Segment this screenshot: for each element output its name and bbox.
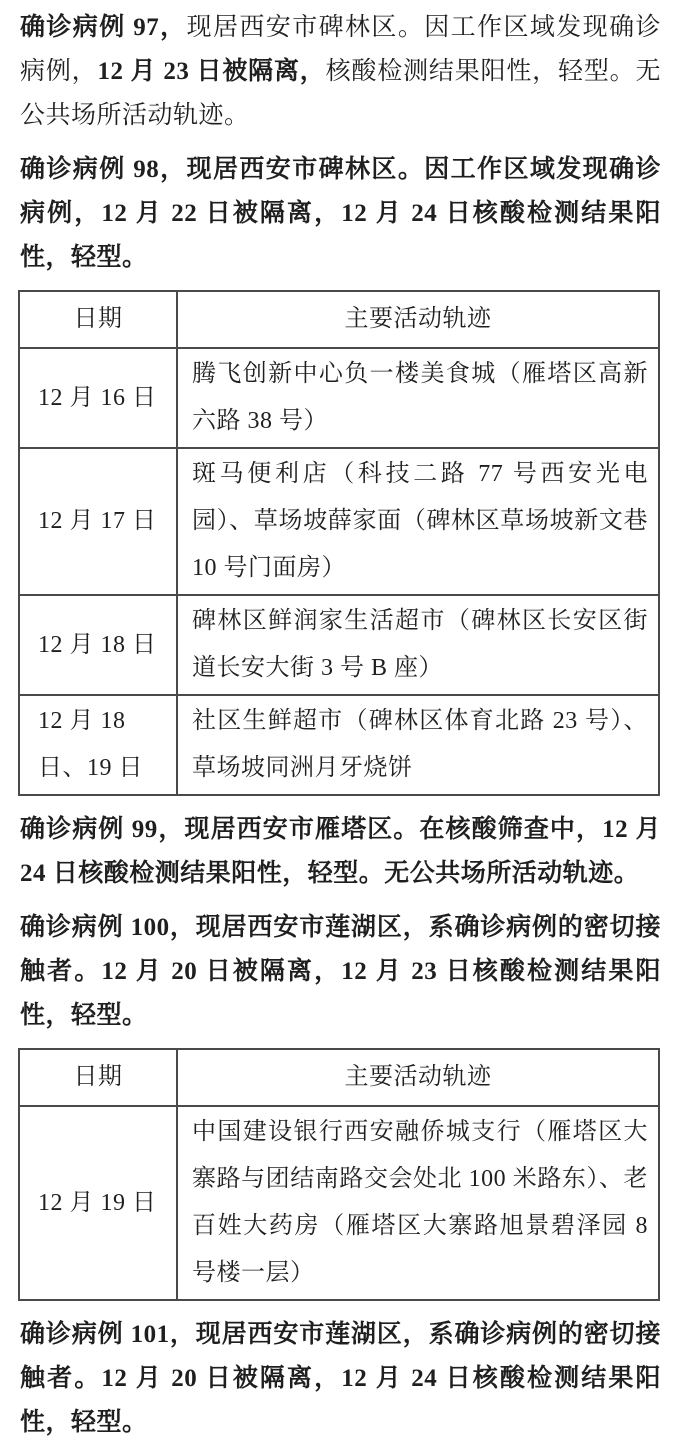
case-report-document: 确诊病例 97，现居西安市碑林区。因工作区域发现确诊病例，12 月 23 日被隔… — [0, 0, 677, 1441]
case-101-text: 确诊病例 101，现居西安市莲湖区，系确诊病例的密切接触者。12 月 20 日被… — [20, 1321, 661, 1436]
activity-header-cell: 主要活动轨迹 — [177, 1049, 659, 1106]
table-header-row: 日期 主要活动轨迹 — [19, 291, 659, 348]
activity-cell: 腾飞创新中心负一楼美食城（雁塔区高新六路 38 号） — [177, 348, 659, 448]
activity-cell: 中国建设银行西安融侨城支行（雁塔区大寨路与团结南路交会处北 100 米路东）、老… — [177, 1106, 659, 1300]
case-97-lead: 确诊病例 97， — [20, 14, 187, 41]
table-row: 12 月 19 日 中国建设银行西安融侨城支行（雁塔区大寨路与团结南路交会处北 … — [19, 1106, 659, 1300]
activity-cell: 社区生鲜超市（碑林区体育北路 23 号）、草场坡同洲月牙烧饼 — [177, 695, 659, 795]
date-cell: 12 月 18 日 — [19, 595, 177, 695]
case-100-text: 确诊病例 100，现居西安市莲湖区，系确诊病例的密切接触者。12 月 20 日被… — [20, 914, 661, 1029]
trajectory-table-case-100: 日期 主要活动轨迹 12 月 19 日 中国建设银行西安融侨城支行（雁塔区大寨路… — [18, 1048, 660, 1301]
table-row: 12 月 18 日 碑林区鲜润家生活超市（碑林区长安区街道长安大街 3 号 B … — [19, 595, 659, 695]
date-cell: 12 月 16 日 — [19, 348, 177, 448]
table-row: 12 月 17 日 斑马便利店（科技二路 77 号西安光电园）、草场坡薛家面（碑… — [19, 448, 659, 595]
case-paragraph-97: 确诊病例 97，现居西安市碑林区。因工作区域发现确诊病例，12 月 23 日被隔… — [20, 6, 661, 138]
case-99-text: 确诊病例 99，现居西安市雁塔区。在核酸筛查中，12 月 24 日核酸检测结果阳… — [20, 816, 661, 887]
date-header-cell: 日期 — [19, 291, 177, 348]
date-cell: 12 月 17 日 — [19, 448, 177, 595]
case-98-text: 确诊病例 98，现居西安市碑林区。因工作区域发现确诊病例，12 月 22 日被隔… — [20, 156, 661, 271]
case-97-date: 12 月 23 日被隔离， — [97, 58, 325, 85]
case-paragraph-100: 确诊病例 100，现居西安市莲湖区，系确诊病例的密切接触者。12 月 20 日被… — [20, 906, 661, 1038]
case-paragraph-99: 确诊病例 99，现居西安市雁塔区。在核酸筛查中，12 月 24 日核酸检测结果阳… — [20, 808, 661, 896]
table-row: 12 月 16 日 腾飞创新中心负一楼美食城（雁塔区高新六路 38 号） — [19, 348, 659, 448]
activity-cell: 碑林区鲜润家生活超市（碑林区长安区街道长安大街 3 号 B 座） — [177, 595, 659, 695]
activity-cell: 斑马便利店（科技二路 77 号西安光电园）、草场坡薛家面（碑林区草场坡新文巷 1… — [177, 448, 659, 595]
date-header-cell: 日期 — [19, 1049, 177, 1106]
date-cell: 12 月 19 日 — [19, 1106, 177, 1300]
case-paragraph-101: 确诊病例 101，现居西安市莲湖区，系确诊病例的密切接触者。12 月 20 日被… — [20, 1313, 661, 1441]
activity-header-cell: 主要活动轨迹 — [177, 291, 659, 348]
case-paragraph-98: 确诊病例 98，现居西安市碑林区。因工作区域发现确诊病例，12 月 22 日被隔… — [20, 148, 661, 280]
date-cell: 12 月 18 日、19 日 — [19, 695, 177, 795]
table-header-row: 日期 主要活动轨迹 — [19, 1049, 659, 1106]
trajectory-table-case-98: 日期 主要活动轨迹 12 月 16 日 腾飞创新中心负一楼美食城（雁塔区高新六路… — [18, 290, 660, 796]
table-row: 12 月 18 日、19 日 社区生鲜超市（碑林区体育北路 23 号）、草场坡同… — [19, 695, 659, 795]
